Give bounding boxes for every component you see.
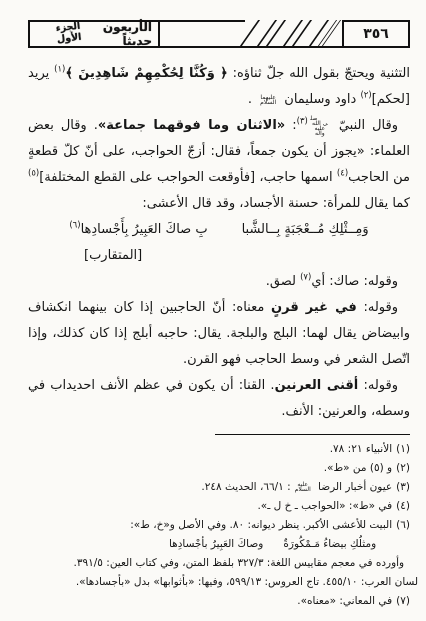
footnote-number: (١)	[396, 440, 410, 459]
header-slash-ornaments	[245, 20, 342, 48]
footnote-verse: ومثلُكِ بيضاءُ مَـمْكُورَةٌ وصاكَ العَبِ…	[28, 535, 392, 554]
body-text: التثنية ويحتجّ بقول الله جلّ ثناؤه:	[228, 66, 410, 81]
verse-hemistich-2: بِ صاكَ العَبِيرُ بِأَجْسادِها(٦)	[69, 217, 207, 243]
body-text: كما يقال للمرأة: حسنة الأجساد، وقد قال ا…	[142, 196, 410, 211]
footnote-text: البيت للأعشى الأكبر. ينظر ديوانه: ٨٠. وف…	[28, 516, 392, 592]
footnote-line: وأورده في معجم مقاييس اللغة: ٣٢٧/٣ بلفظ …	[28, 554, 404, 573]
verse-hemistich-1: وَمِــثْلِكِ مُــعْجَبَةٍ بِــالشَّبا	[242, 217, 369, 243]
footnote-text: في «ط»: «الحواجب ـ خ ل ـ».	[28, 497, 392, 516]
footnote-7: (٧) في المعاني: «معناه».	[28, 592, 410, 611]
page-header: ٣٥٦ الأربعون حديثاً الجزء الأول	[28, 20, 410, 48]
body-text: .	[248, 92, 256, 107]
footnote-separator	[215, 434, 410, 435]
footnote-marker-6: (٦)	[69, 221, 80, 231]
footnote-text: و (٥) من «ط».	[28, 459, 392, 478]
poetry-verse: وَمِــثْلِكِ مُــعْجَبَةٍ بِــالشَّبا بِ…	[28, 217, 410, 243]
header-rule-band	[160, 20, 245, 48]
footnote-text: في المعاني: «معناه».	[28, 592, 392, 611]
body-text: اسمها حاجب، [فأوقعت الحواجب على القطع ال…	[39, 170, 337, 185]
footnote-verse-hemistich-1: ومثلُكِ بيضاءُ مَـمْكُورَةٌ	[283, 535, 376, 554]
honorific-mark: صلى الله عليه وآله	[309, 116, 331, 136]
body-text: وقال النبيّ	[332, 118, 398, 133]
footnote-text: عيون أخبار الرضا عليه السلام: ٦٦/١، الحد…	[28, 478, 392, 497]
paragraph-4: وقوله: في غير قرنٍ معناه: أنّ الحاجبين إ…	[28, 295, 410, 373]
footnote-number: (٧)	[396, 592, 410, 611]
footnote-marker-7: (٧)	[300, 273, 311, 283]
footnote-marker-1: (١)	[54, 65, 65, 75]
paragraph-5: وقوله: أقنى العرنين. القنا: أن يكون في ع…	[28, 373, 410, 425]
footnote-text-part: عيون أخبار الرضا	[315, 481, 392, 493]
footnote-2: (٢) و (٥) من «ط».	[28, 459, 410, 478]
honorific-mark: عليه السلام	[292, 482, 314, 492]
verse-text: بِ صاكَ العَبِيرُ بِأَجْسادِها	[81, 222, 208, 237]
quran-citation: ﴿ وَكُنَّا لِحُكْمِهِمْ شَاهِدِينَ ﴾	[65, 66, 227, 81]
book-title-calligraphy: الأربعون حديثاً	[81, 20, 152, 48]
footnote-line: لسان العرب: ٤٥٥/١٠. تاج العروس: ٥٩٩/١٣، …	[28, 573, 418, 592]
footnote-number: (٤)	[396, 497, 410, 516]
page-number-box: ٣٥٦	[342, 20, 410, 48]
footnote-text-part: : ٦٦/١، الحديث ٢٤٨.	[201, 481, 290, 493]
book-page: ٣٥٦ الأربعون حديثاً الجزء الأول التثنية …	[0, 0, 426, 621]
paragraph-1: التثنية ويحتجّ بقول الله جلّ ثناؤه: ﴿ وَ…	[28, 61, 410, 113]
header-title-box: الأربعون حديثاً الجزء الأول	[28, 20, 160, 48]
footnote-line: البيت للأعشى الأكبر. ينظر ديوانه: ٨٠. وف…	[28, 516, 392, 535]
body-text: لصق.	[266, 274, 300, 289]
footnote-marker-2: (٢)	[360, 91, 371, 101]
footnote-number: (٣)	[396, 478, 410, 497]
lemma-term: في غير قرنٍ	[271, 300, 357, 315]
honorific-mark: عليهما السلام	[257, 95, 279, 105]
verse-meter-label: [المتقارب]	[28, 243, 410, 269]
footnote-marker-5: (٥)	[28, 169, 39, 179]
footnote-6: (٦) البيت للأعشى الأكبر. ينظر ديوانه: ٨٠…	[28, 516, 410, 592]
footnote-text: الأنبياء ٢١: ٧٨.	[28, 440, 392, 459]
hadith-quote: «الاثنان وما فوقهما جماعة»	[98, 118, 285, 133]
page-number: ٣٥٦	[363, 26, 389, 42]
footnote-3: (٣) عيون أخبار الرضا عليه السلام: ٦٦/١، …	[28, 478, 410, 497]
part-label-calligraphy: الجزء الأول	[35, 21, 82, 48]
body-text: :	[285, 118, 296, 133]
paragraph-2: وقال النبيّ صلى الله عليه وآله(٣): «الاث…	[28, 113, 410, 217]
lemma-term: أقنى العرنين	[275, 378, 359, 393]
footnote-verse-hemistich-2: وصاكَ العَبِيرُ بأجْسادِها	[169, 535, 263, 554]
body-text: وقوله:	[358, 378, 398, 393]
footnote-marker-4: (٤)	[337, 169, 348, 179]
footnote-number: (٢)	[396, 459, 410, 478]
paragraph-3: وقوله: صاك: أي(٧) لصق.	[28, 269, 410, 295]
body-text: وقوله: صاك: أي	[311, 274, 398, 289]
body-text: داود وسليمان	[280, 92, 360, 107]
footnote-marker-3: (٣)	[297, 117, 308, 127]
main-text: التثنية ويحتجّ بقول الله جلّ ثناؤه: ﴿ وَ…	[28, 61, 410, 425]
footnotes-block: (١) الأنبياء ٢١: ٧٨. (٢) و (٥) من «ط». (…	[28, 440, 410, 611]
footnote-4: (٤) في «ط»: «الحواجب ـ خ ل ـ».	[28, 497, 410, 516]
body-text: وقوله:	[357, 300, 398, 315]
footnote-1: (١) الأنبياء ٢١: ٧٨.	[28, 440, 410, 459]
